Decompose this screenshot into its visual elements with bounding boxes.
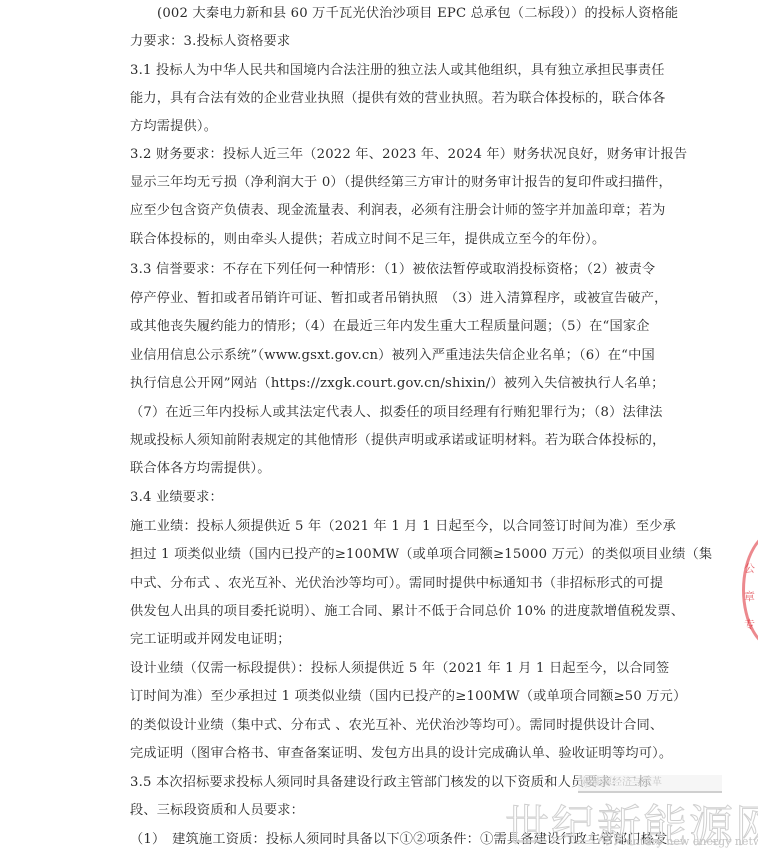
document-text-line: 的类似设计业绩（集中式、分布式 、农光互补、光伏治沙等均可）。需同时提供设计合同… bbox=[130, 717, 663, 735]
document-text-line: 3.1 投标人为中华人民共和国境内合法注册的独立法人或其他组织，具有独立承担民事… bbox=[130, 62, 665, 80]
document-text-line: 3.3 信誉要求：不存在下列任何一种情形：（1）被依法暂停或取消投标资格；（2）… bbox=[130, 261, 655, 279]
seal-char: 专 bbox=[744, 616, 755, 632]
document-text-line: 施工业绩：投标人须提供近 5 年（2021 年 1 月 1 日起至今，以合同签订… bbox=[130, 518, 676, 536]
document-text-line: 力要求：3.投标人资格要求 bbox=[130, 33, 290, 51]
document-text-line: 完成证明（图审合格书、审查备案证明、发包方出具的设计完成确认单、验收证明等均可）… bbox=[130, 745, 672, 763]
document-text-line: 应至少包含资产负债表、现金流量表、利润表，必须有注册会计师的签字并加盖印章；若为 bbox=[130, 202, 666, 220]
document-text-line: 联合体各方均需提供）。 bbox=[130, 460, 271, 478]
document-text-line: 或其他丧失履约能力的情形；（4）在最近三年内发生重大工程质量问题；（5）在“国家… bbox=[130, 318, 650, 336]
document-text-line: （7）在近三年内投标人或其法定代表人、拟委任的项目经理有行贿犯罪行为；（8）法律… bbox=[130, 404, 663, 422]
document-text-line: 供发包人出具的项目委托说明）、施工合同、累计不低于合同总价 10% 的进度款增值… bbox=[130, 603, 684, 621]
document-text-line: 执行信息公开网”网站（https://zxgk.court.gov.cn/shi… bbox=[130, 375, 665, 393]
document-text-line: 中式、分布式 、农光互补、光伏治沙等均可）。需同时提供中标通知书（非招标形式的可… bbox=[130, 575, 663, 593]
document-text-line: 方均需提供）。 bbox=[130, 118, 217, 136]
document-text-line: 显示三年均无亏损（净利润大于 0）（提供经第三方审计的财务审计报告的复印件或扫描… bbox=[130, 174, 672, 192]
watermark-english: century new energy network bbox=[620, 835, 758, 848]
seal-char: 章 bbox=[744, 588, 755, 604]
document-text-line: 规或投标人须知前附表规定的其他情形（提供声明或承诺或证明材料。若为联合体投标的， bbox=[130, 432, 666, 450]
document-text-line: 能力，具有合法有效的企业营业执照（提供有效的营业执照。若为联合体投标的，联合体各 bbox=[130, 90, 666, 108]
document-text-line: 联合体投标的，则由牵头人提供；若成立时间不足三年，提供成立至今的年份）。 bbox=[130, 231, 605, 249]
document-text-line: 订时间为准）至少承担过 1 项类似业绩（国内已投产的≥100MW（或单项合同额≥… bbox=[130, 688, 686, 706]
document-text-line: 3.4 业绩要求： bbox=[130, 489, 223, 507]
document-text-line: 完工证明或并网发电证明； bbox=[130, 631, 291, 649]
document-text-line: 3.2 财务要求：投标人近三年（2022 年、2023 年、2024 年）财务状… bbox=[130, 146, 687, 164]
document-text-line: (002 大秦电力新和县 60 万千瓦光伏治沙项目 EPC 总承包（二标段））的… bbox=[157, 5, 678, 23]
document-text-line: 停产停业、暂扣或者吊销许可证、暂扣或者吊销执照 （3）进入清算程序，或被宣告破产… bbox=[130, 290, 668, 308]
document-text-line: 业信用信息公示系统”（www.gsxt.gov.cn）被列入严重违法失信企业名单… bbox=[130, 347, 655, 365]
document-text-line: 设计业绩（仅需一标段提供）：投标人须提供近 5 年（2021 年 1 月 1 日… bbox=[130, 660, 669, 678]
document-text-line: 担过 1 项类似业绩（国内已投产的≥100MW（或单项合同额≥15000 万元）… bbox=[130, 546, 712, 564]
document-text-line: 段、三标段资质和人员要求： bbox=[130, 802, 304, 820]
seal-char: 公 bbox=[744, 560, 755, 576]
red-seal-stamp: 公章专 bbox=[742, 530, 758, 650]
document-page: (002 大秦电力新和县 60 万千瓦光伏治沙项目 EPC 总承包（二标段））的… bbox=[0, 0, 758, 853]
